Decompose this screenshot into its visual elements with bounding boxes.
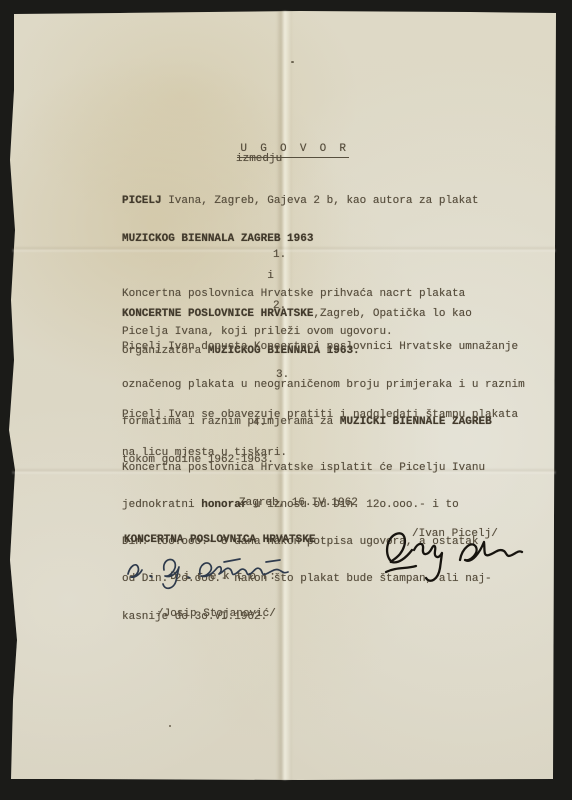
paragraph-line: Picelj Ivan se obavezuje pratiti i nadgl… — [122, 409, 518, 422]
between-label: izmedju — [236, 153, 282, 166]
paragraph-line: Picelj Ivan dopusta Koncertnoj poslovnic… — [122, 341, 525, 354]
dateline: Zagreb, 16.IV.1962 — [239, 497, 358, 510]
paragraph-line: Koncertna poslovnica Hrvatske prihvaća n… — [122, 288, 465, 301]
section-4-number: 4. — [253, 417, 266, 430]
paper-speck — [291, 61, 294, 63]
signature-left-ink — [120, 540, 320, 596]
scanned-contract-photo: U G O V O R izmedju PICELJ Ivana, Zagreb… — [0, 0, 572, 800]
paper-speck — [169, 725, 171, 727]
section-2-number: 2. — [273, 300, 286, 313]
signatory-left-name: /Josip Stojanović/ — [124, 608, 315, 620]
paragraph-line: Koncertna poslovnica Hrvatske isplatit ć… — [122, 462, 492, 474]
paragraph-line: PICELJ Ivana, Zagreb, Gajeva 2 b, kao au… — [122, 195, 478, 208]
signature-right-ink — [376, 520, 526, 610]
paragraph-line: MUZICKOG BIENNALA ZAGREB 1963 — [122, 233, 478, 246]
section-1-number: 1. — [273, 249, 286, 262]
section-3-number: 3. — [276, 369, 289, 382]
